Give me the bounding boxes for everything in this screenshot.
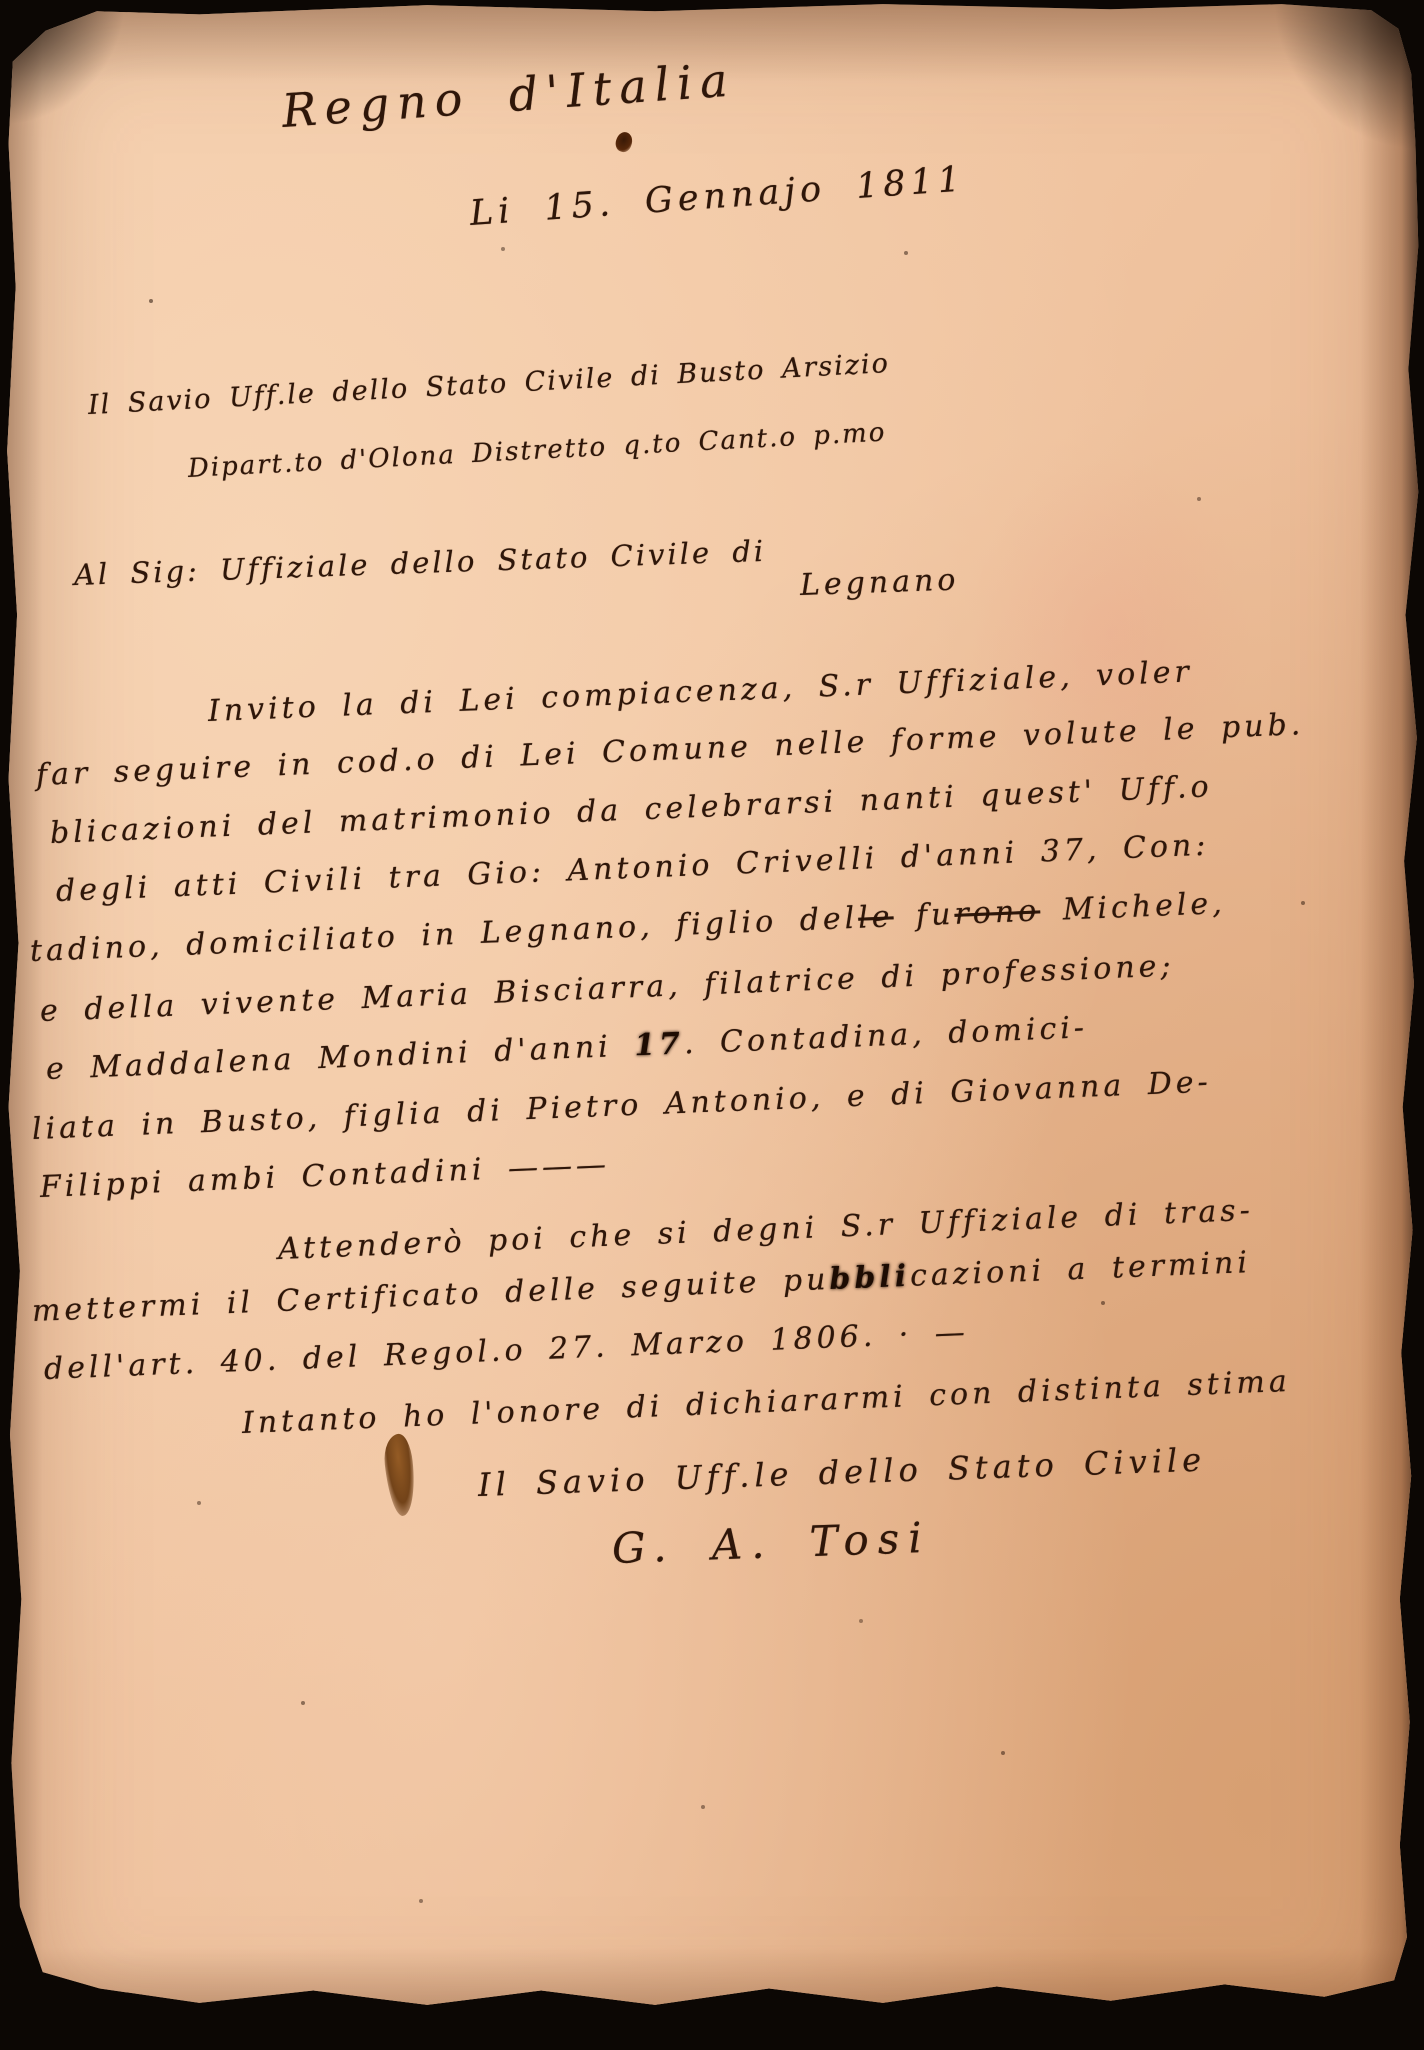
dateline: Li 15. Gennajo 1811: [469, 159, 967, 234]
struck-word: rono: [954, 893, 1041, 931]
body-line-7-text: e Maddalena Mondini d'anni: [45, 1028, 635, 1087]
body-line-12: dell'art. 40. del Regol.o 27. Marzo 1806…: [43, 1315, 969, 1387]
recipient-place: Legnano: [799, 562, 960, 603]
body-line-5-text: tadino, domiciliato in Legnano, figlio d…: [29, 901, 859, 969]
body-line-11-text: mettermi il Certificato delle seguite pu: [31, 1262, 830, 1329]
body-line-5-text: Michele,: [1039, 886, 1226, 928]
paper-speckles: [0, 0, 2, 2]
body-line-11: mettermi il Certificato delle seguite pu…: [31, 1245, 1251, 1329]
body-line-13: Intanto ho l'onore di dichiararmi con di…: [241, 1364, 1291, 1441]
ink-blot: [382, 1433, 418, 1517]
photo-of-letter: Regno d'Italia Li 15. Gennajo 1811 Il Sa…: [0, 0, 1424, 2050]
body-line-7-text: . Contadina, domici-: [683, 1010, 1088, 1061]
letter-paper: Regno d'Italia Li 15. Gennajo 1811 Il Sa…: [0, 0, 1424, 2050]
body-line-9: Filippi ambi Contadini ———: [39, 1147, 610, 1205]
sender-office-line: Il Savio Uff.le dello Stato Civile di Bu…: [87, 348, 890, 421]
sender-district-line: Dipart.to d'Olona Distretto q.to Cant.o …: [187, 417, 887, 484]
body-line-5-text: fu: [893, 897, 955, 934]
body-line-11-text: cazioni a termini: [909, 1245, 1251, 1294]
struck-word: le: [858, 899, 895, 935]
ink-dot: [613, 130, 635, 154]
signature: G. A. Tosi: [611, 1513, 931, 1573]
ink-smudged-word: bbli: [829, 1259, 911, 1297]
age-overwritten: 17: [634, 1026, 685, 1063]
recipient-line: Al Sig: Uffiziale dello Stato Civile di: [73, 534, 766, 592]
page-title: Regno d'Italia: [280, 52, 737, 138]
closing-office-line: Il Savio Uff.le dello Stato Civile: [477, 1441, 1206, 1504]
